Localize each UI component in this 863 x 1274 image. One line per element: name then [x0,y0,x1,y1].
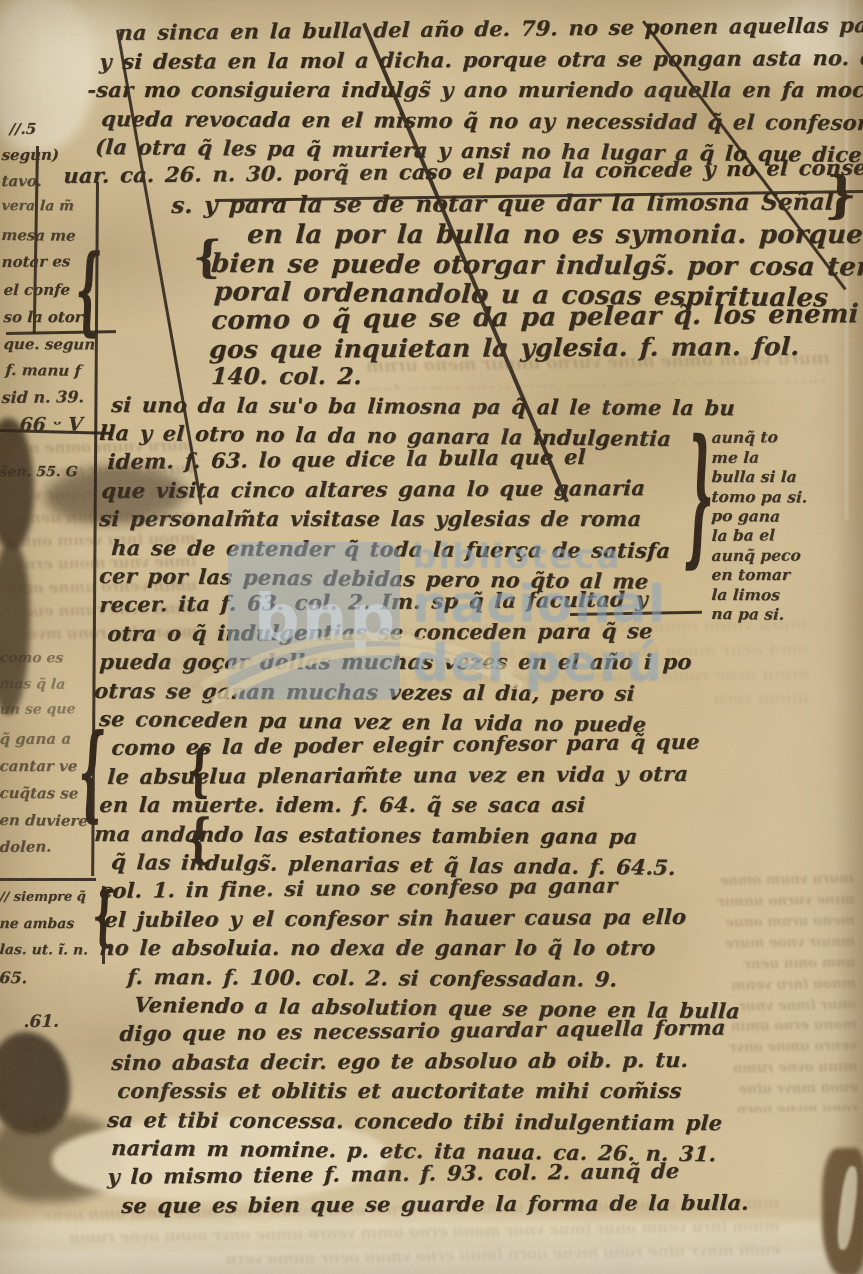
brace-ink-mark: { [186,742,213,799]
brace-ink-mark: { [75,722,107,826]
brace-ink-mark: { [192,236,222,280]
manuscript-page: ınuru vnum omne mıne vurno unmır meno ur… [0,0,863,1274]
brace-ink-mark: { [91,884,118,949]
brace-ink-mark: { [185,812,212,865]
brace-ink-mark: } [681,424,718,574]
brace-ink-mark: } [824,170,858,220]
ink-marks: }{{}{{{{ [0,0,863,1274]
brace-ink-mark: { [73,244,104,340]
